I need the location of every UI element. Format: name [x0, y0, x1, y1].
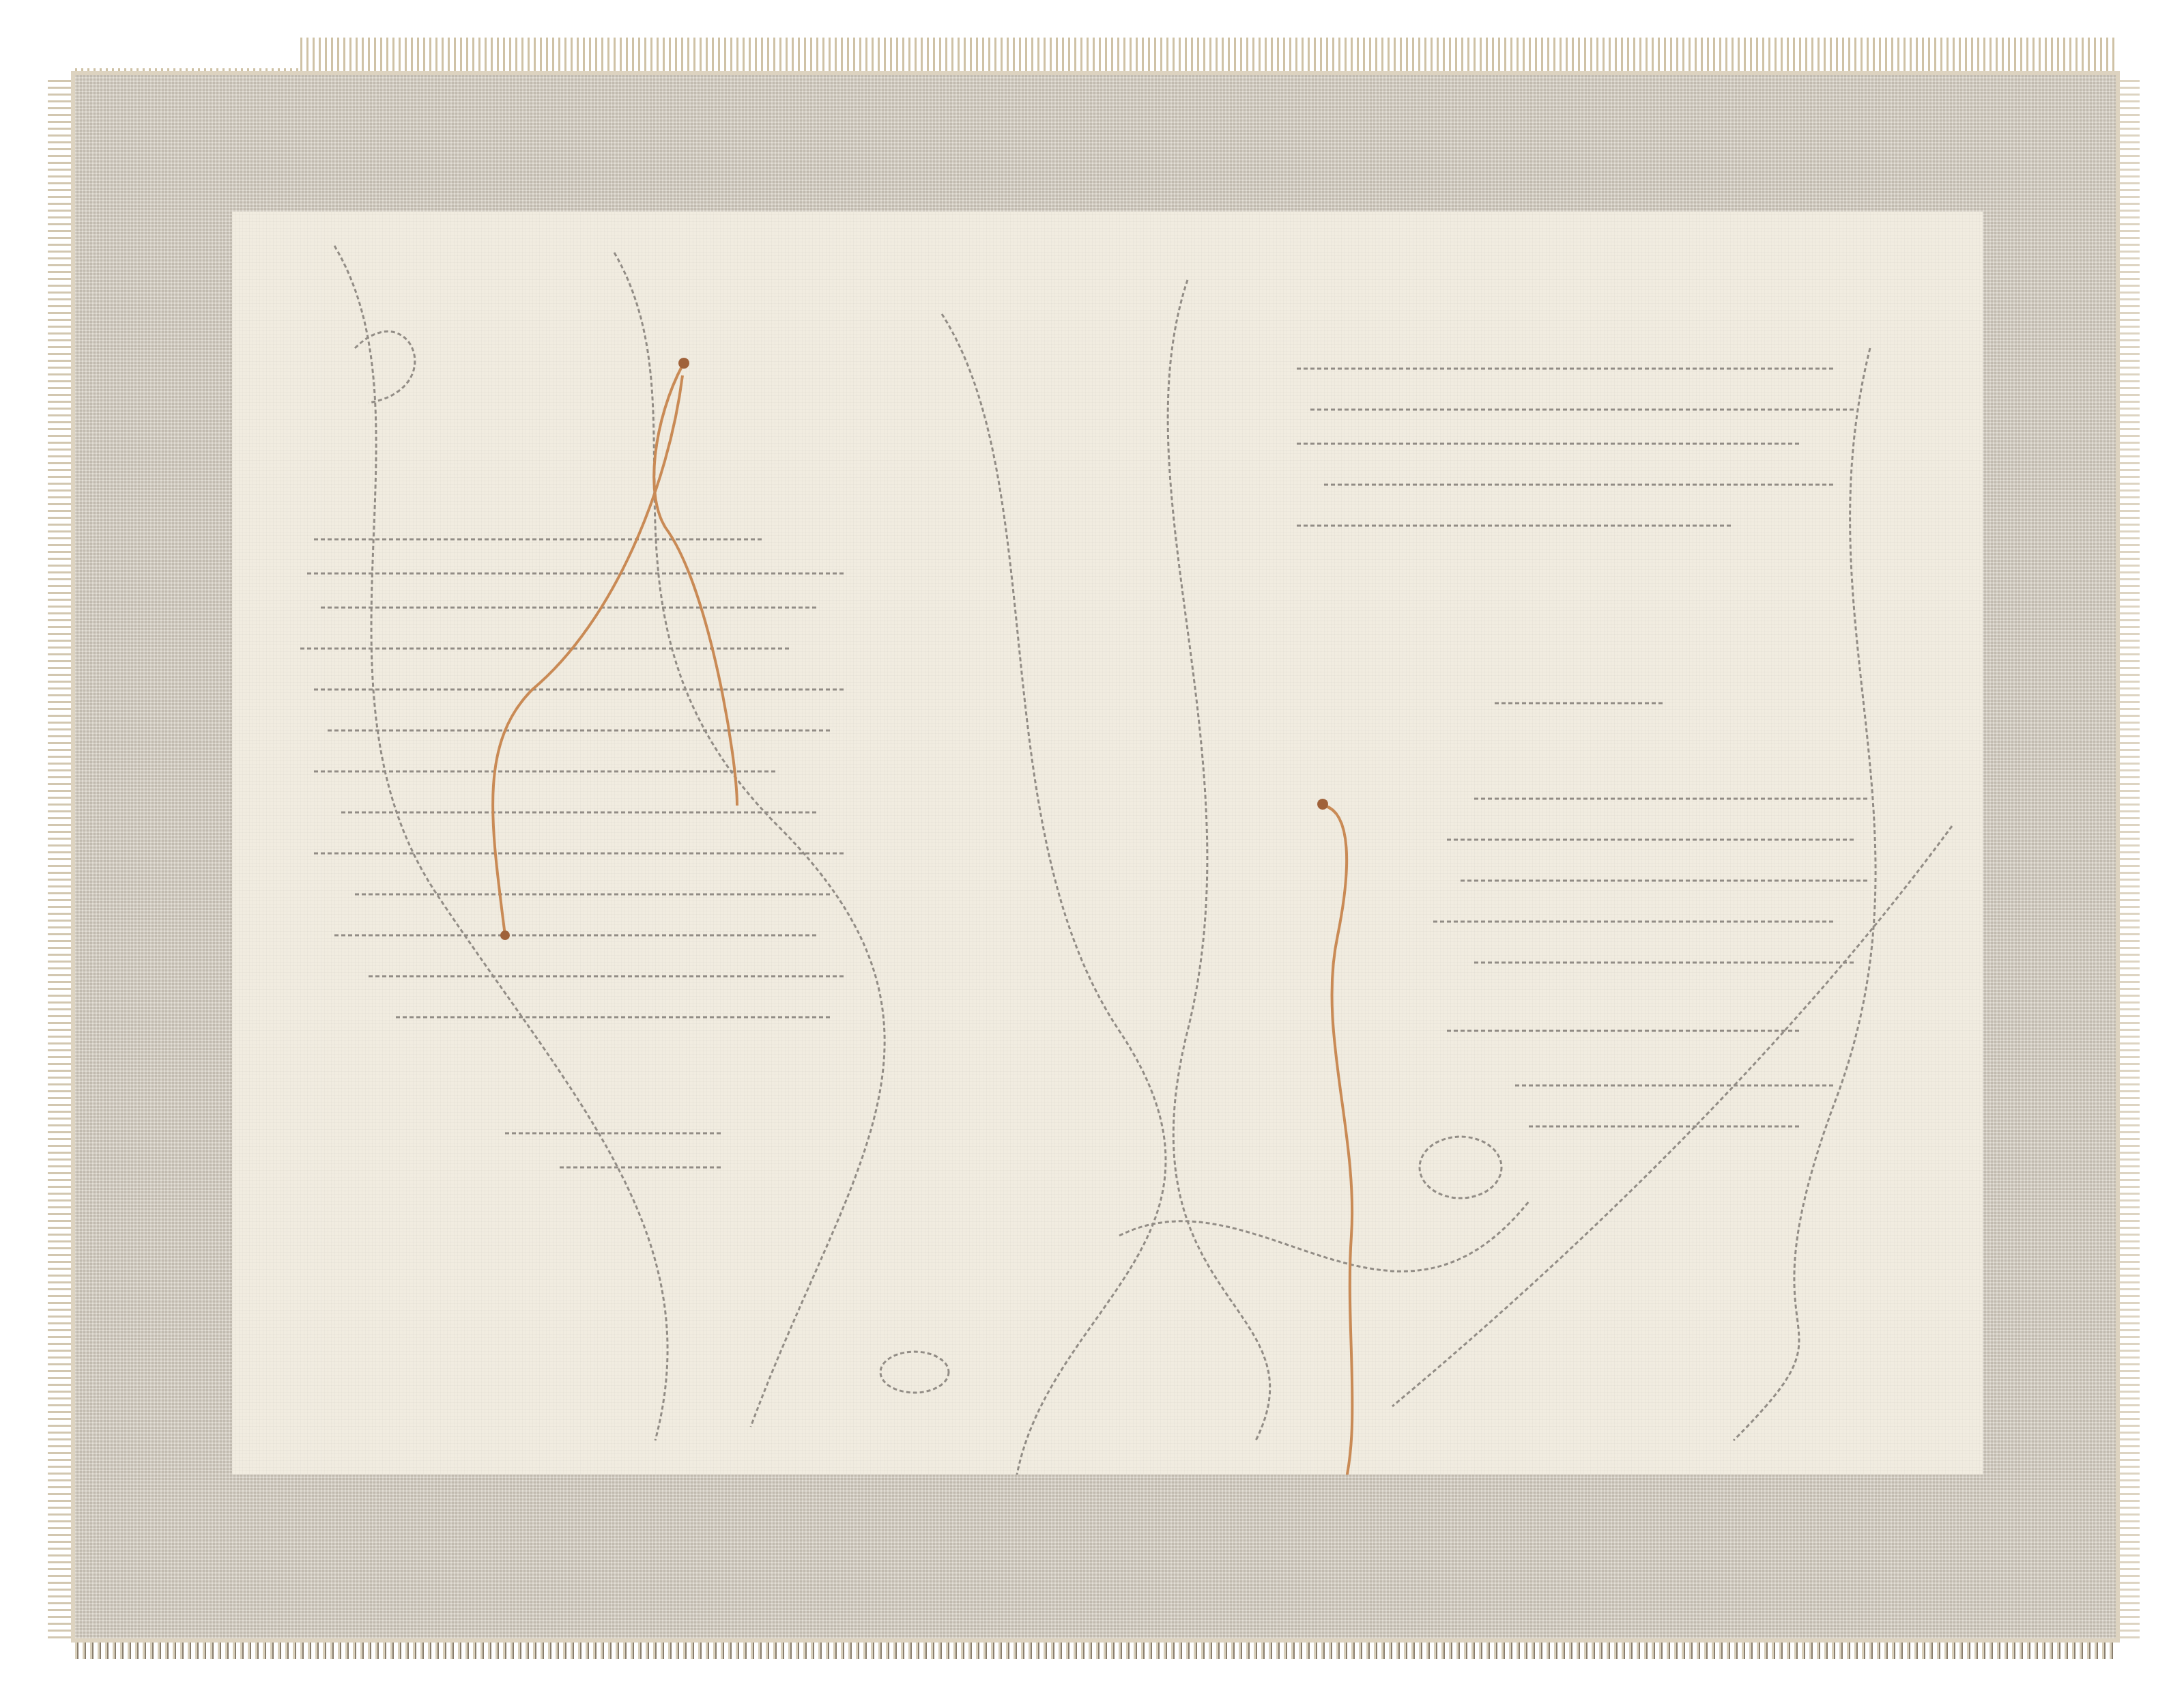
left-fringe	[48, 75, 75, 1638]
drawing-panel	[232, 212, 1983, 1475]
thread-upper-left	[493, 365, 737, 935]
right-fringe	[2112, 75, 2140, 1638]
thread-lower-right	[1324, 806, 1353, 1475]
top-fringe	[300, 38, 2116, 79]
threads	[232, 212, 1983, 1475]
